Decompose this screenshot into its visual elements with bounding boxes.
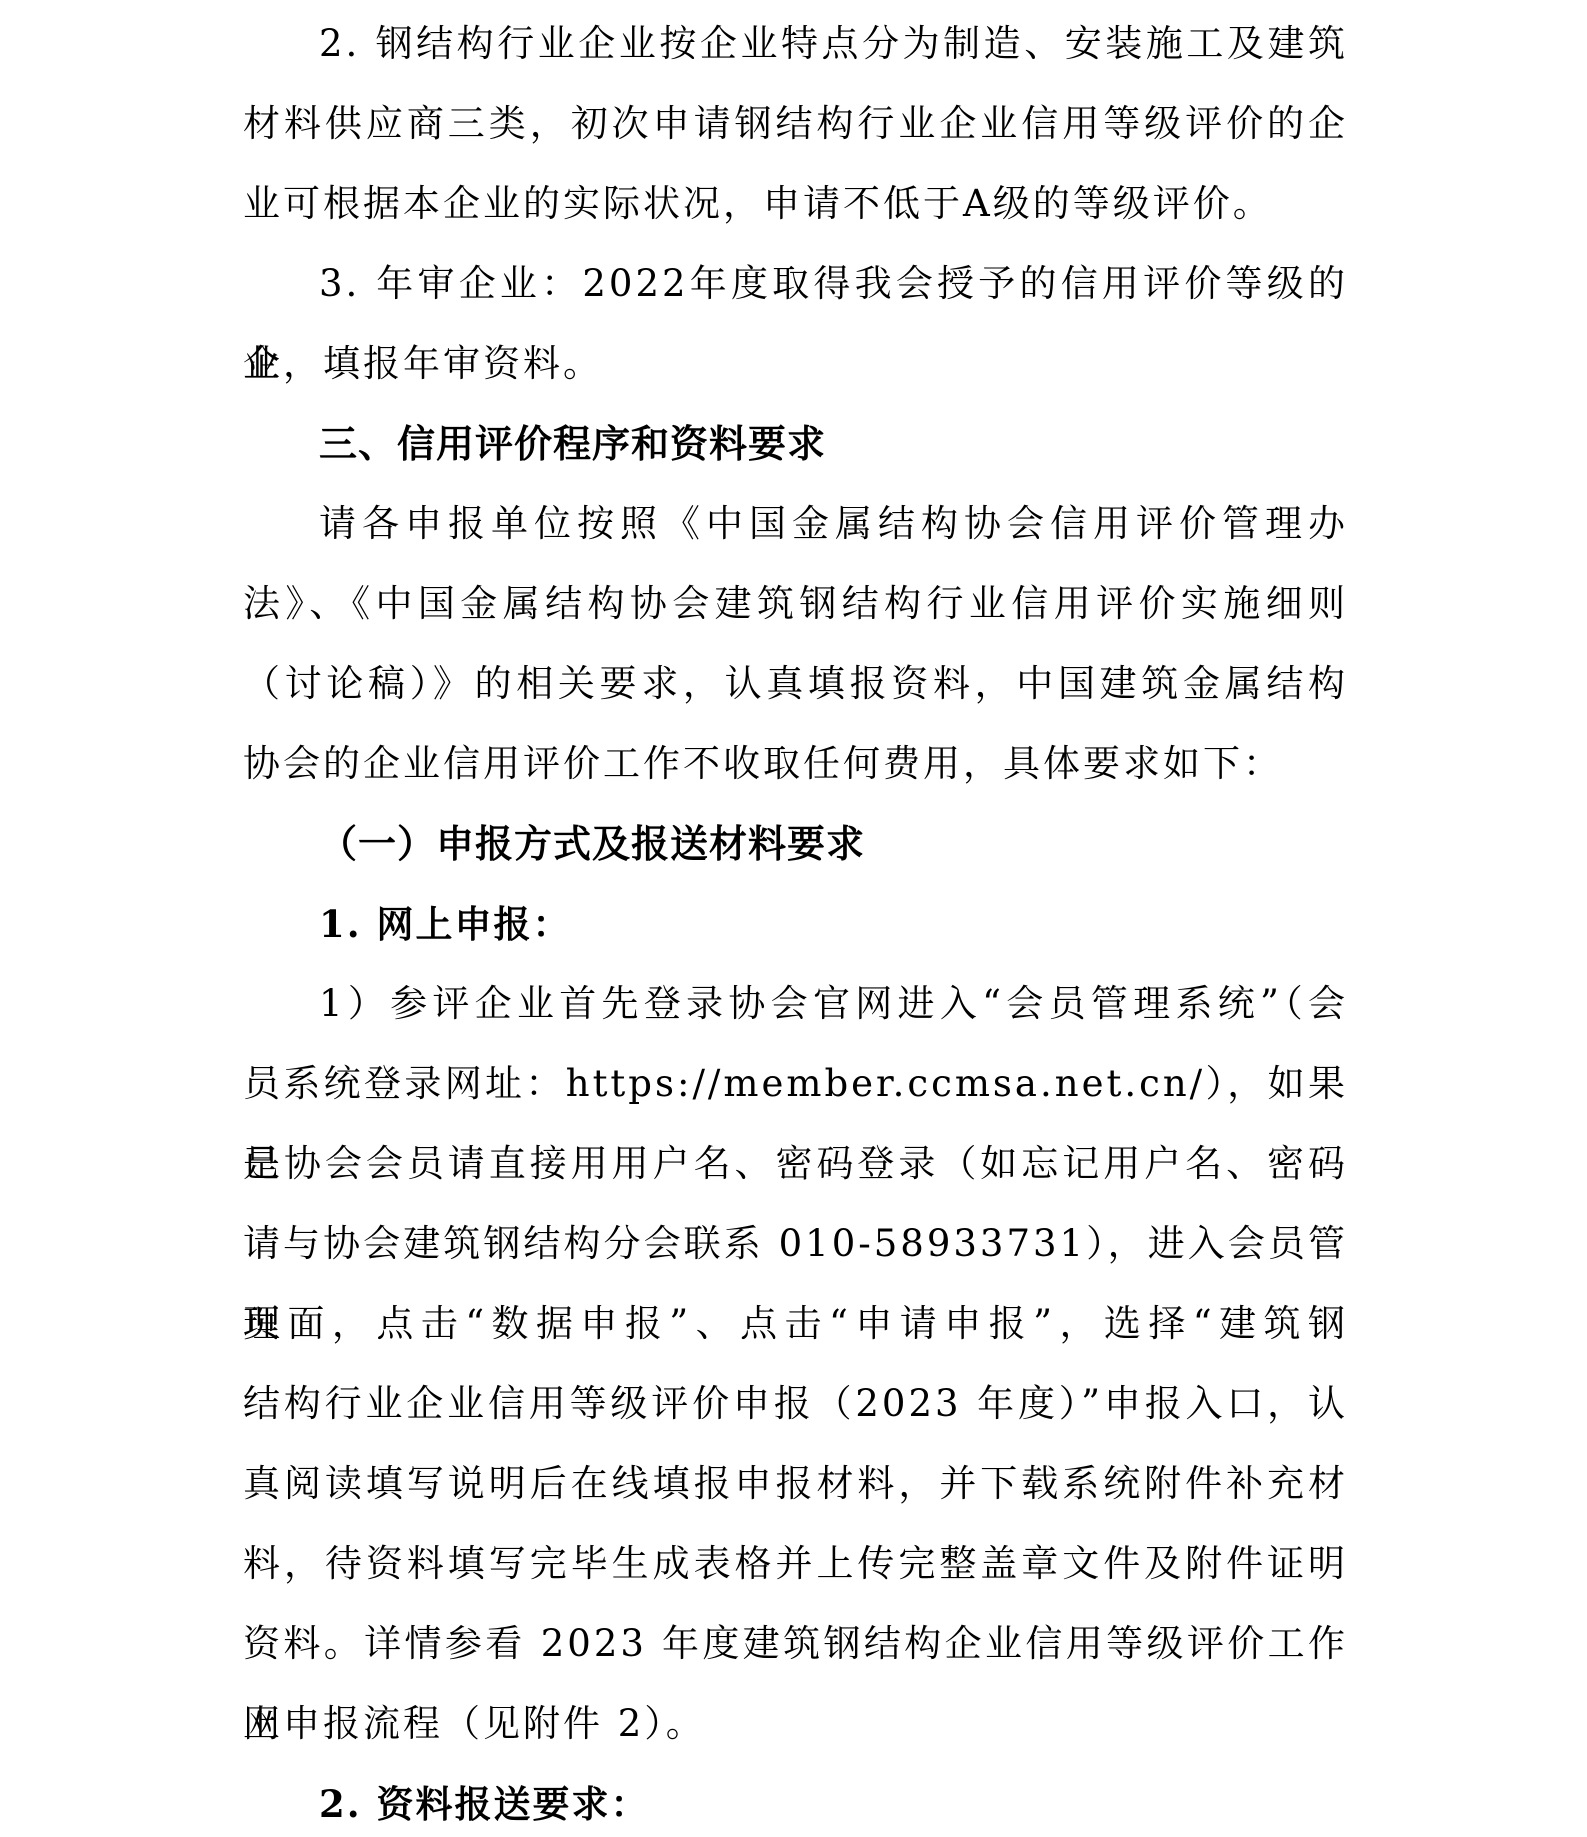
doc-line-with-url: 员系统登录网址：https://member.ccmsa.net.cn/），如果… (243, 1044, 1348, 1124)
doc-line-with-phone: 请与协会建筑钢结构分会联系 010-58933731），进入会员管理 (243, 1204, 1348, 1284)
subsection-heading-1: （一）申报方式及报送材料要求 (243, 804, 1348, 884)
paragraph-annual-review: 3. 年审企业：2022年度取得我会授予的信用评价等级的企 业，填报年审资料。 (243, 244, 1348, 404)
paragraph-requirements-intro: 请各申报单位按照《中国金属结构协会信用评价管理办 法》、《中国金属结构协会建筑钢… (243, 484, 1348, 804)
doc-line: 业，填报年审资料。 (243, 324, 1348, 404)
document-text-block: 2. 钢结构行业企业按企业特点分为制造、安装施工及建筑 材料供应商三类，初次申请… (243, 4, 1348, 1837)
document-page: 2. 钢结构行业企业按企业特点分为制造、安装施工及建筑 材料供应商三类，初次申请… (0, 0, 1587, 1837)
item-heading-material-submission: 2. 资料报送要求： (243, 1764, 1348, 1837)
doc-line: （讨论稿）》的相关要求，认真填报资料，中国建筑金属结构 (243, 644, 1348, 724)
item-heading: 2. 资料报送要求： (243, 1764, 1348, 1837)
doc-line: 3. 年审企业：2022年度取得我会授予的信用评价等级的企 (243, 244, 1348, 324)
item-heading: 1. 网上申报： (243, 884, 1348, 964)
doc-line: 请各申报单位按照《中国金属结构协会信用评价管理办 (243, 484, 1348, 564)
doc-line: 法》、《中国金属结构协会建筑钢结构行业信用评价实施细则 (243, 564, 1348, 644)
subsection-heading: （一）申报方式及报送材料要求 (243, 804, 1348, 884)
item-heading-online-application: 1. 网上申报： (243, 884, 1348, 964)
doc-line: 真阅读填写说明后在线填报申报材料，并下载系统附件补充材 (243, 1444, 1348, 1524)
doc-line: 上申报流程（见附件 2）。 (243, 1684, 1348, 1764)
doc-line: 资料。详情参看 2023 年度建筑钢结构企业信用等级评价工作网 (243, 1604, 1348, 1684)
doc-line: 是协会会员请直接用用户名、密码登录（如忘记用户名、密码 (243, 1124, 1348, 1204)
doc-line: 材料供应商三类，初次申请钢结构行业企业信用等级评价的企 (243, 84, 1348, 164)
doc-line: 结构行业企业信用等级评价申报（2023 年度）”申报入口，认 (243, 1364, 1348, 1444)
doc-line: 2. 钢结构行业企业按企业特点分为制造、安装施工及建筑 (243, 4, 1348, 84)
doc-line: 页面，点击“数据申报”、点击“申请申报”，选择“建筑钢 (243, 1284, 1348, 1364)
section-heading: 三、信用评价程序和资料要求 (243, 404, 1348, 484)
paragraph-initial-application: 2. 钢结构行业企业按企业特点分为制造、安装施工及建筑 材料供应商三类，初次申请… (243, 4, 1348, 244)
paragraph-online-application-steps: 1）参评企业首先登录协会官网进入“会员管理系统”（会 员系统登录网址：https… (243, 964, 1348, 1764)
doc-line: 料，待资料填写完毕生成表格并上传完整盖章文件及附件证明 (243, 1524, 1348, 1604)
doc-line: 业可根据本企业的实际状况，申请不低于A级的等级评价。 (243, 164, 1348, 244)
doc-line: 1）参评企业首先登录协会官网进入“会员管理系统”（会 (243, 964, 1348, 1044)
section-heading-3: 三、信用评价程序和资料要求 (243, 404, 1348, 484)
doc-line: 协会的企业信用评价工作不收取任何费用，具体要求如下： (243, 724, 1348, 804)
